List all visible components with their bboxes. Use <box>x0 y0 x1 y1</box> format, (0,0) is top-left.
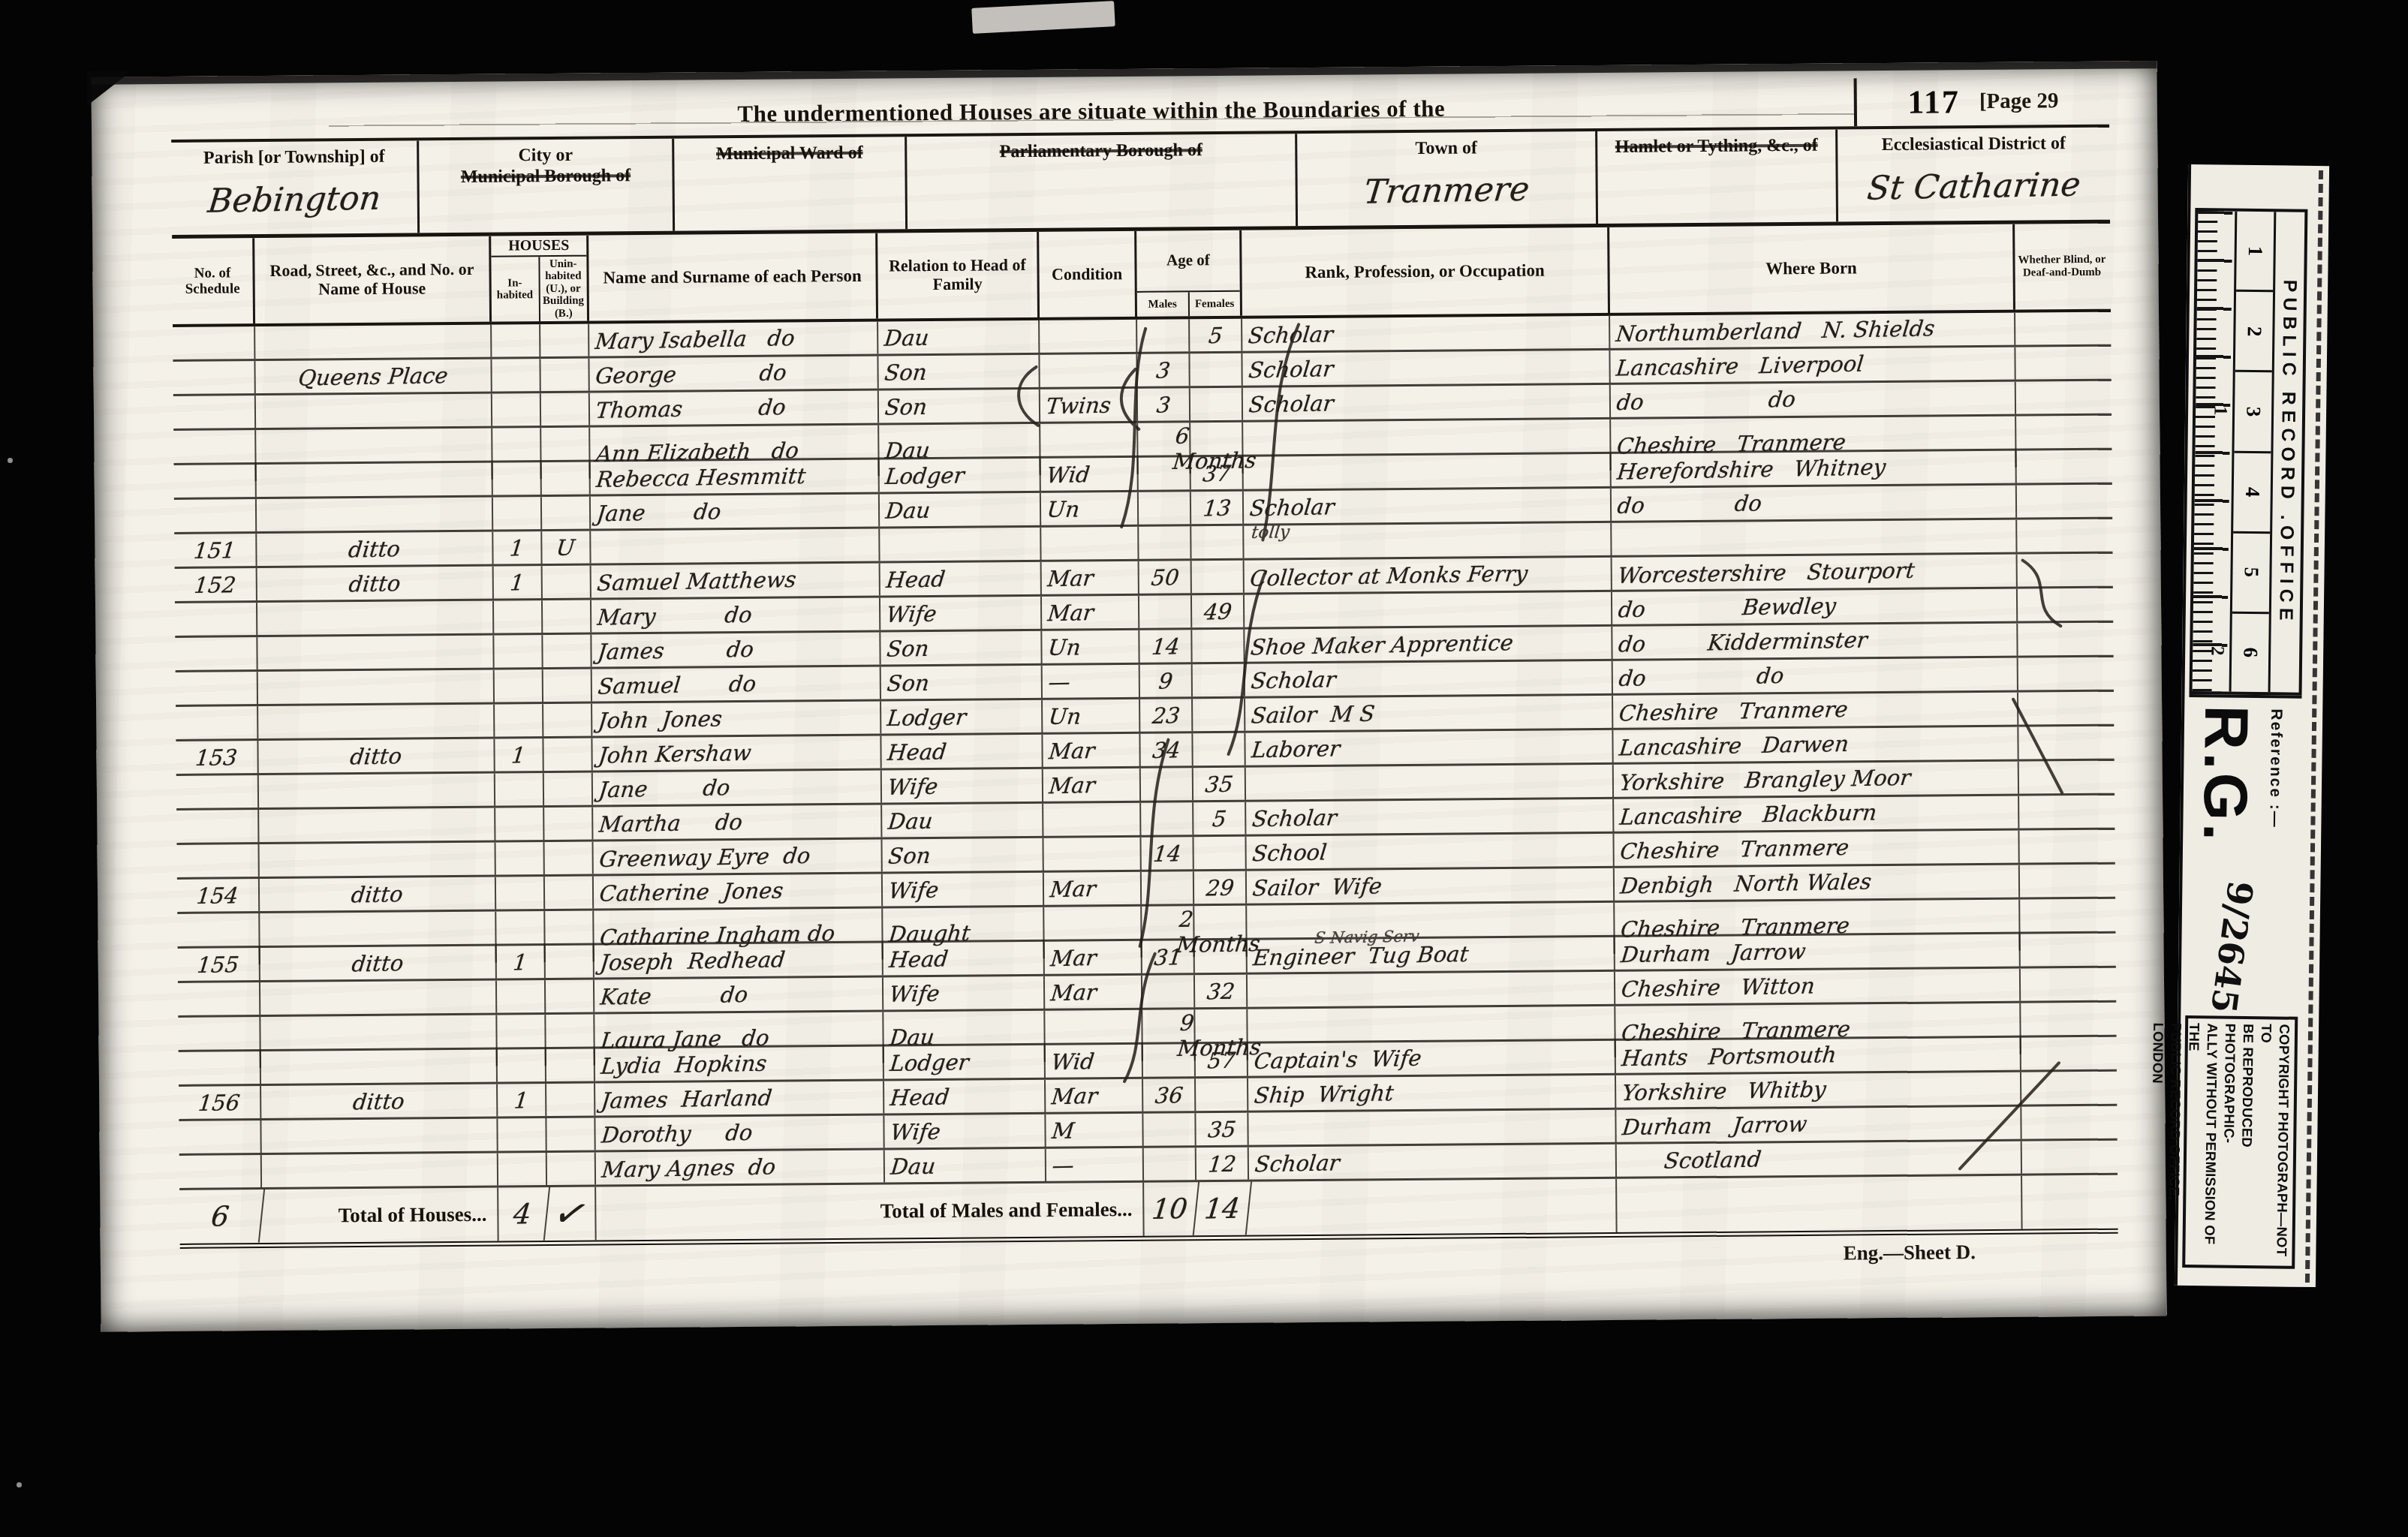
cell-where-born: Denbigh North Wales <box>1615 865 2020 901</box>
cell-blind <box>2017 485 2111 518</box>
ruler-number-cell: 1 <box>2236 212 2274 293</box>
cell-condition: Mar <box>1044 872 1142 905</box>
col-header-inhabited: In-habited <box>491 257 540 322</box>
cell-where-born: Yorkshire Brangley Moor <box>1614 762 2019 797</box>
cell-where-born: do Bewdley <box>1612 589 2018 624</box>
cell-relation-value: Son <box>886 669 931 696</box>
cell-inhabited: 1 <box>493 531 542 564</box>
cell-relation: Head <box>884 1080 1046 1114</box>
cell-where-born-value: Durham Jarrow <box>1621 1111 1809 1140</box>
cell-relation: Lodger <box>884 1045 1046 1079</box>
col-header-uninhabited: Unin-habited (U.), or Building (B.) <box>540 257 587 322</box>
cell-age-males: 3 <box>1137 353 1190 387</box>
cell-uninhabited <box>544 773 593 806</box>
cell-name: Thomas do <box>590 391 879 426</box>
cell-blind <box>2021 1072 2115 1105</box>
cell-age-females: 12 <box>1196 1147 1249 1181</box>
cell-name-value: Jane do <box>595 498 722 526</box>
cell-relation <box>880 528 1041 561</box>
cell-name: Samuel Matthews <box>591 564 880 598</box>
ruler-number-cell: 2 <box>2235 292 2273 373</box>
reference-zone: R.G. Reference :— 9/2645 <box>2185 694 2301 1014</box>
cell-relation: Wife <box>883 873 1044 907</box>
cell-condition-value: Twins <box>1045 392 1112 419</box>
cell-occupation-value: Scholar <box>1250 666 1337 693</box>
cell-age-females-value: 29 <box>1205 874 1235 901</box>
total-born-blank <box>1617 1176 2023 1232</box>
cell-blind <box>2018 623 2112 656</box>
cell-where-born-value: Lancashire Blackburn <box>1618 799 1878 829</box>
cell-where-born-value: Herefordshire Whitney <box>1616 454 1887 485</box>
cell-blind <box>2020 865 2114 898</box>
cell-name: Samuel do <box>592 667 881 702</box>
cell-inhabited <box>498 1118 546 1151</box>
cell-schedule <box>179 1155 262 1188</box>
cell-road-value: ditto <box>349 743 403 769</box>
cell-where-born: do do <box>1613 658 2018 693</box>
cell-age-males <box>1142 975 1195 1008</box>
rg-number: 9/2645 <box>2203 879 2261 1015</box>
cell-age-females-value: 5 <box>1207 322 1224 347</box>
ruler-number-cell: 6 <box>2232 614 2269 693</box>
cell-age-females-value: 35 <box>1206 1116 1236 1142</box>
cell-road: ditto <box>260 877 496 911</box>
cell-occupation: Scholar <box>1244 489 1612 524</box>
district-header-label: Municipal Ward of <box>674 143 905 165</box>
cell-condition: Mar <box>1046 1079 1143 1112</box>
cell-where-born: Yorkshire Whitby <box>1616 1072 2021 1108</box>
cell-blind <box>2018 726 2112 759</box>
cell-where-born: Durham Jarrow <box>1616 1107 2021 1142</box>
cell-condition-value: M <box>1051 1117 1076 1144</box>
cell-occupation: Collector at Monks Ferry <box>1245 558 1612 593</box>
cell-uninhabited <box>544 808 593 841</box>
col-header-houses-group: HOUSES <box>491 235 586 257</box>
cell-inhabited <box>498 1049 546 1082</box>
cell-age-males-value: 34 <box>1151 737 1181 763</box>
cell-condition: Un <box>1041 492 1139 525</box>
cell-schedule <box>179 1120 261 1154</box>
cell-relation-value: Dau <box>886 808 934 834</box>
cell-uninhabited <box>541 393 590 426</box>
cell-age-females-value: 57 <box>1206 1047 1236 1073</box>
cell-occupation: Sailor Wife <box>1247 868 1615 904</box>
total-females: 14 <box>1194 1181 1252 1235</box>
ruler-number: 2 <box>2242 326 2265 336</box>
copyright-line: COPYRIGHT PHOTOGRAPH—NOT TO <box>2254 1024 2293 1266</box>
cell-road-value: Queens Place <box>297 362 450 391</box>
cell-age-males <box>1139 492 1191 525</box>
cell-name-value: Mary Isabella do <box>594 325 796 354</box>
cell-name-value: Samuel Matthews <box>596 567 798 596</box>
cell-age-females <box>1193 733 1245 766</box>
cell-where-born <box>1612 520 2017 555</box>
cell-schedule <box>176 706 258 739</box>
cell-schedule-value: 151 <box>193 537 237 564</box>
cell-blind <box>2016 450 2110 483</box>
cell-name-value: Rebecca Hesmmitt <box>595 462 808 492</box>
ruler-number-cell: 3 <box>2234 372 2271 453</box>
cell-relation: Wife <box>882 769 1043 803</box>
cell-uninhabited <box>543 738 592 772</box>
cell-relation: Head <box>883 942 1045 976</box>
cell-name: Mary do <box>591 598 880 633</box>
cell-schedule-value: 152 <box>193 572 237 598</box>
district-header-label: Ecclesiastical District of <box>1838 134 2109 156</box>
cell-relation-value: Dau <box>889 1153 937 1179</box>
cell-relation: Son <box>879 390 1040 423</box>
cell-where-born-value: Worcestershire Stourport <box>1617 557 1916 588</box>
scan-speck <box>8 458 13 463</box>
cell-uninhabited: U <box>542 531 591 564</box>
cell-name-value: John Kershaw <box>597 739 753 768</box>
cell-uninhabited <box>542 497 591 530</box>
cell-age-females: 49 <box>1192 595 1245 628</box>
folio-number: 117 <box>1907 83 1960 122</box>
cell-where-born-value: Lancashire Darwen <box>1618 730 1850 760</box>
cell-age-females-value: 37 <box>1201 460 1231 486</box>
cell-schedule: 155 <box>178 948 260 981</box>
cell-relation-value: Wife <box>887 877 940 903</box>
cell-condition: Un <box>1043 699 1140 732</box>
ruler-box: 1 2 123456 PUBLIC RECORD .OFFICE <box>2190 208 2308 696</box>
ruler-ticks: 1 2 <box>2193 211 2238 692</box>
ruler-number: 3 <box>2241 406 2265 417</box>
cell-inhabited <box>493 497 542 530</box>
cell-where-born-value: Cheshire Witton <box>1620 973 1816 1002</box>
cell-road <box>260 981 497 1015</box>
cell-where-born-value: Hants Portsmouth <box>1621 1042 1838 1071</box>
cell-where-born: do do <box>1611 382 2016 417</box>
cell-uninhabited <box>545 877 594 910</box>
cell-age-males: 9 <box>1140 664 1193 697</box>
office-label: PUBLIC RECORD .OFFICE <box>2274 279 2301 625</box>
cell-condition <box>1040 354 1137 387</box>
cell-road <box>260 843 496 877</box>
cell-relation: Head <box>881 735 1043 768</box>
district-header-cell: City orMunicipal Borough of <box>419 139 675 233</box>
cell-occupation: Scholar <box>1249 1144 1617 1180</box>
cell-where-born: Cheshire Witton <box>1615 969 2021 1004</box>
cell-name-value: Jane do <box>597 775 731 802</box>
cell-condition-value: Mar <box>1046 565 1094 591</box>
cell-road: ditto <box>257 567 494 600</box>
cell-schedule: 152 <box>175 568 257 601</box>
cell-relation-value: Wife <box>889 1118 942 1144</box>
col-header-age: Age of Males Females <box>1136 230 1242 317</box>
cell-name-value: George do <box>594 359 788 389</box>
cell-inhabited <box>493 462 542 495</box>
district-header-label: Parish [or Township] of <box>171 146 417 169</box>
cell-occupation <box>1246 765 1614 800</box>
cell-age-males: 34 <box>1140 733 1193 766</box>
col-header-road: Road, Street, &c., and No. or Name of Ho… <box>254 236 492 323</box>
cell-condition: Wid <box>1046 1045 1143 1078</box>
cell-inhabited <box>494 600 543 633</box>
total-houses-label: Total of Houses... <box>262 1188 499 1243</box>
cell-inhabited: 1 <box>497 946 546 979</box>
houses-subheaders: In-habited Unin-habited (U.), or Buildin… <box>491 257 587 322</box>
cell-age-females-value: 12 <box>1207 1150 1237 1177</box>
cell-relation: Son <box>878 355 1040 389</box>
cell-age-females <box>1193 837 1246 870</box>
cell-schedule <box>175 637 257 670</box>
cell-age-females: 35 <box>1196 1113 1248 1146</box>
census-form: The undermentioned Houses are situate wi… <box>171 72 2118 1283</box>
microfilm-frame: The undermentioned Houses are situate wi… <box>0 0 2408 1537</box>
cell-inhabited <box>496 877 545 910</box>
cell-name: Kate do <box>594 978 883 1012</box>
scan-edge-artifact <box>971 1 1115 34</box>
district-header-value: St Catharine <box>1836 165 2112 209</box>
ruler-major-ticks <box>2193 211 2233 692</box>
cell-relation-value: Wife <box>888 980 941 1006</box>
cell-road: ditto <box>261 1084 498 1118</box>
cell-road <box>259 774 495 808</box>
cell-where-born-value: Lancashire Liverpool <box>1615 350 1865 380</box>
cell-occupation: Sailor M S <box>1245 696 1613 731</box>
cell-name: Lydia Hopkins <box>595 1047 884 1081</box>
cell-relation-value: Dau <box>883 324 930 350</box>
cell-inhabited <box>498 1153 547 1186</box>
cell-condition-value: Un <box>1047 634 1082 660</box>
cell-where-born: do do <box>1612 486 2017 521</box>
cell-road <box>261 1050 498 1084</box>
cell-age-females-value: 32 <box>1206 978 1236 1004</box>
cell-road-value: ditto <box>350 881 404 907</box>
cell-road-value: ditto <box>352 1088 406 1114</box>
cell-relation-value: Lodger <box>886 704 968 731</box>
cell-blind <box>2015 347 2109 380</box>
cell-road <box>257 636 494 669</box>
cell-name: George do <box>589 356 878 391</box>
ruler-inch-1: 1 <box>2209 406 2230 416</box>
cell-relation: Head <box>880 562 1042 596</box>
cell-road: ditto <box>260 946 497 980</box>
copyright-line: ALLY WITHOUT PERMISSION OF THE <box>2182 1023 2221 1265</box>
col-header-blind: Whether Blind, or Deaf-and-Dumb <box>2015 224 2109 310</box>
cell-name: Greenway Eyre do <box>593 840 882 874</box>
cell-age-females <box>1191 526 1244 559</box>
title-spacer <box>171 138 329 140</box>
district-header-label: City or <box>419 145 672 167</box>
cell-where-born-value: Yorkshire Whitby <box>1621 1076 1827 1105</box>
cell-name: Dorothy do <box>595 1116 884 1150</box>
cell-where-born-value: do Kidderminster <box>1617 627 1868 657</box>
cell-schedule <box>179 1051 261 1084</box>
cell-inhabited-value: 1 <box>513 1087 530 1113</box>
cell-inhabited-value: 1 <box>510 742 527 768</box>
col-header-schedule: No. of Schedule <box>172 238 255 324</box>
cell-schedule <box>178 982 260 1015</box>
cell-condition: Mar <box>1042 561 1139 594</box>
cell-name: John Kershaw <box>592 736 881 771</box>
district-header-label: Parliamentary Borough of <box>907 140 1295 164</box>
age-subheaders: Males Females <box>1137 290 1240 317</box>
cell-where-born: Lancashire Blackburn <box>1614 796 2019 832</box>
cell-occupation-value: Sailor Wife <box>1251 873 1383 901</box>
cell-occupation-value: Shoe Maker Apprentice <box>1249 630 1514 660</box>
cell-name: Joseph Redhead <box>594 943 883 978</box>
cell-occupation-note: S Navig Serv <box>1314 927 1420 947</box>
cell-inhabited: 1 <box>494 566 543 599</box>
cell-condition-value: Un <box>1047 703 1082 729</box>
cell-age-males-value: 14 <box>1150 633 1180 660</box>
cell-where-born: Northumberland N. Shields <box>1610 313 2015 348</box>
col-header-males: Males <box>1137 292 1190 317</box>
cell-relation: Wife <box>883 976 1045 1010</box>
ruler-number: 6 <box>2238 648 2262 658</box>
cell-occupation: School <box>1246 834 1614 869</box>
cell-uninhabited <box>545 842 594 875</box>
cell-condition-value: Mar <box>1048 738 1096 764</box>
cell-inhabited <box>492 393 541 426</box>
cell-blind <box>2019 830 2113 863</box>
cell-relation-value: Son <box>883 393 929 420</box>
cell-name-value: Thomas do <box>594 394 787 423</box>
cell-blind <box>2016 381 2110 414</box>
cell-road <box>256 394 492 428</box>
district-header-cell: Ecclesiastical District ofSt Catharine <box>1838 128 2110 222</box>
cell-age-males-value: 50 <box>1150 564 1180 591</box>
cell-occupation-value: Ship Wright <box>1253 1080 1395 1108</box>
cell-occupation-value: Scholar <box>1248 356 1335 383</box>
district-header-row: Parish [or Township] ofBebingtonCity orM… <box>171 128 2110 239</box>
total-blind-blank <box>2022 1175 2117 1229</box>
cell-name <box>591 529 880 564</box>
copyright-line: PUBLIC RECORD OFFICE, LONDON <box>2146 1022 2185 1265</box>
cell-condition: Wid <box>1041 458 1139 491</box>
cell-age-males-value: 9 <box>1157 668 1174 693</box>
cell-occupation-value: Scholar <box>1248 390 1335 417</box>
cell-road <box>255 325 492 359</box>
cell-road <box>258 705 495 738</box>
cell-relation-value: Dau <box>884 497 932 523</box>
cell-relation: Dau <box>878 320 1040 354</box>
cell-blind <box>2017 519 2111 552</box>
cell-condition-value: Wid <box>1046 462 1091 488</box>
cell-where-born: Scotland <box>1617 1141 2022 1177</box>
cell-uninhabited <box>546 1049 595 1082</box>
cell-blind <box>2018 554 2112 587</box>
cell-name: Catherine Jones <box>594 874 883 909</box>
cell-name: John Jones <box>592 702 881 736</box>
cell-schedule-value: 156 <box>197 1090 242 1116</box>
ruler-inch-2: 2 <box>2206 646 2227 656</box>
ruler-number: 5 <box>2239 567 2262 578</box>
cell-condition-value: Wid <box>1050 1048 1096 1075</box>
cell-name-value: Kate do <box>599 981 749 1009</box>
district-header-label: Hamlet or Tything, &c., of <box>1597 136 1835 158</box>
district-header-label: Municipal Borough of <box>419 165 672 188</box>
cell-occupation <box>1248 972 1615 1007</box>
cell-uninhabited <box>540 359 589 392</box>
cell-where-born-value: Yorkshire Brangley Moor <box>1618 764 1912 795</box>
cell-schedule: 154 <box>177 879 260 912</box>
cell-occupation <box>1248 1110 1616 1145</box>
cell-where-born-value: do Bewdley <box>1617 593 1838 622</box>
cell-blind <box>2015 312 2109 345</box>
total-houses-check: ✓ <box>547 1187 597 1241</box>
cell-inhabited <box>492 359 540 392</box>
cell-age-females <box>1196 1078 1248 1111</box>
cell-condition-value: Mar <box>1049 979 1097 1006</box>
col-header-name: Name and Surname of each Person <box>588 233 878 321</box>
cell-occupation-value: Scholar <box>1248 494 1335 521</box>
cell-age-males-value: 31 <box>1152 944 1182 970</box>
cell-schedule <box>176 775 259 808</box>
cell-where-born: Lancashire Liverpool <box>1610 347 2015 383</box>
cell-uninhabited <box>547 1153 596 1186</box>
cell-relation: Son <box>881 666 1043 699</box>
cell-condition-value: — <box>1047 669 1072 695</box>
cell-inhabited-value: 1 <box>512 949 528 975</box>
cell-schedule: 153 <box>176 741 258 774</box>
cell-age-females <box>1192 630 1245 663</box>
cell-where-born: do Kidderminster <box>1612 624 2018 659</box>
cell-relation: Wife <box>880 597 1042 630</box>
total-schedule: 6 <box>177 1189 266 1244</box>
cell-age-males-value: 14 <box>1151 841 1181 867</box>
cell-name-value: James Harland <box>600 1084 773 1113</box>
cell-schedule: 156 <box>179 1086 261 1119</box>
cell-age-males: 14 <box>1141 837 1193 870</box>
ruler-number-cell: 4 <box>2233 453 2271 534</box>
cell-blind <box>2019 796 2113 829</box>
cell-age-males <box>1139 526 1191 559</box>
cell-age-males <box>1142 871 1194 904</box>
cell-relation: Dau <box>882 804 1043 838</box>
cell-road <box>261 1119 498 1153</box>
cell-inhabited <box>494 635 543 668</box>
cell-name: James Harland <box>595 1081 884 1116</box>
cell-name: Mary Isabella do <box>589 322 878 356</box>
total-males: 10 <box>1142 1182 1199 1236</box>
cell-where-born: Cheshire Tranmere <box>1614 831 2019 866</box>
cell-road: ditto <box>258 739 495 773</box>
cell-blind <box>2021 1037 2115 1070</box>
cell-condition: — <box>1043 665 1140 698</box>
cell-name-value: Greenway Eyre do <box>598 842 812 871</box>
district-header-cell: Parish [or Township] ofBebington <box>171 140 420 235</box>
cell-inhabited <box>496 842 545 875</box>
cell-occupation: Scholar <box>1242 316 1610 351</box>
cell-occupation-value: Sailor M S <box>1250 700 1376 728</box>
cell-blind <box>2018 588 2112 621</box>
cell-condition-value: Un <box>1046 496 1081 522</box>
district-header-value: Tranmere <box>1296 169 1598 212</box>
cell-age-females <box>1193 699 1245 732</box>
cell-age-males <box>1139 457 1191 490</box>
cell-inhabited <box>492 324 540 357</box>
cell-relation-value: Wife <box>886 773 939 799</box>
cell-relation-value: Wife <box>885 600 938 627</box>
cell-inhabited: 1 <box>498 1084 546 1117</box>
cell-uninhabited <box>546 1118 595 1151</box>
copyright-box: COPYRIGHT PHOTOGRAPH—NOT TOBE REPRODUCED… <box>2182 1015 2298 1269</box>
cell-age-males <box>1137 319 1190 352</box>
cell-relation-value: Head <box>885 566 947 592</box>
cell-road <box>258 670 495 704</box>
cell-relation-value: Son <box>886 635 931 661</box>
cell-name: James do <box>591 633 880 667</box>
cell-relation-value: Lodger <box>889 1049 971 1076</box>
cell-where-born-value: Northumberland N. Shields <box>1615 315 1936 347</box>
cell-blind <box>2022 1141 2116 1174</box>
cell-inhabited-value: 1 <box>509 535 525 561</box>
cell-occupation-value: Scholar <box>1251 805 1338 832</box>
cell-condition-value: Mar <box>1046 600 1094 626</box>
